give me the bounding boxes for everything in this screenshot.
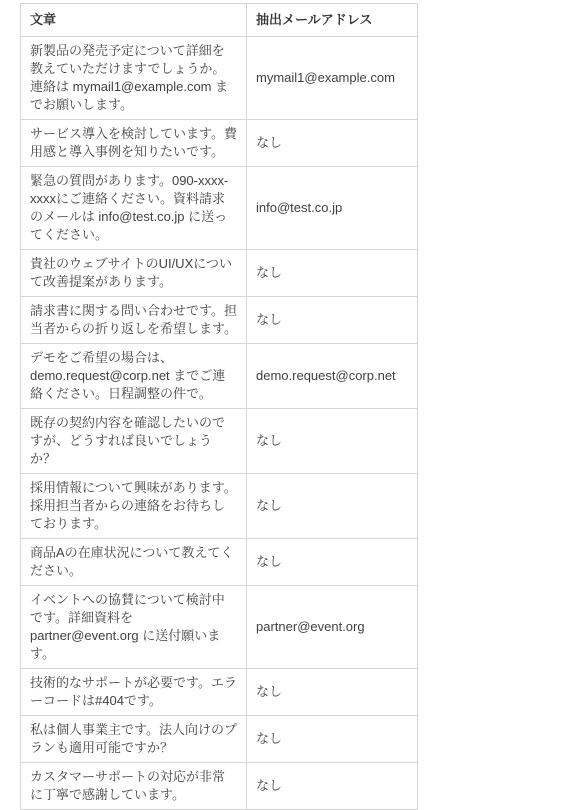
email-extraction-table: 文章 抽出メールアドレス 新製品の発売予定について詳細を教えていただけますでしょ… [20, 3, 418, 613]
email-cell: なし [247, 409, 418, 474]
email-cell: info@test.co.jp [247, 167, 418, 250]
table-row: 請求書に関する問い合わせです。担当者からの折り返しを希望します。なし [21, 297, 418, 344]
email-cell: なし [247, 474, 418, 539]
text-cell: 新製品の発売予定について詳細を教えていただけますでしょうか。連絡は mymail… [21, 37, 247, 120]
column-header-text: 文章 [21, 4, 247, 37]
document-area: 文章 抽出メールアドレス 新製品の発売予定について詳細を教えていただけますでしょ… [20, 3, 418, 613]
email-cell: なし [247, 297, 418, 344]
text-cell: 緊急の質問があります。090-xxxx-xxxxにご連絡ください。資料請求のメー… [21, 167, 247, 250]
table-body: 新製品の発売予定について詳細を教えていただけますでしょうか。連絡は mymail… [21, 37, 418, 614]
text-cell: 貴社のウェブサイトのUI/UXについて改善提案があります。 [21, 250, 247, 297]
header-row: 文章 抽出メールアドレス [21, 4, 418, 37]
table-row: 既存の契約内容を確認したいのですが、どうすれば良いでしょうか？なし [21, 409, 418, 474]
table-row: イベントへの協賛について検討中です。詳細資料を partner@event.or… [21, 586, 418, 614]
table-header: 文章 抽出メールアドレス [21, 4, 418, 37]
table-row: デモをご希望の場合は、demo.request@corp.net までご連絡くだ… [21, 344, 418, 409]
text-cell: イベントへの協賛について検討中です。詳細資料を partner@event.or… [21, 586, 247, 614]
table-row: 貴社のウェブサイトのUI/UXについて改善提案があります。なし [21, 250, 418, 297]
table-row: 新製品の発売予定について詳細を教えていただけますでしょうか。連絡は mymail… [21, 37, 418, 120]
table-row: サービス導入を検討しています。費用感と導入事例を知りたいです。なし [21, 120, 418, 167]
table-row: 商品Aの在庫状況について教えてください。なし [21, 539, 418, 586]
text-cell: 既存の契約内容を確認したいのですが、どうすれば良いでしょうか？ [21, 409, 247, 474]
text-cell: サービス導入を検討しています。費用感と導入事例を知りたいです。 [21, 120, 247, 167]
email-cell: demo.request@corp.net [247, 344, 418, 409]
text-cell: デモをご希望の場合は、demo.request@corp.net までご連絡くだ… [21, 344, 247, 409]
table-row: 緊急の質問があります。090-xxxx-xxxxにご連絡ください。資料請求のメー… [21, 167, 418, 250]
email-cell: partner@event.org [247, 586, 418, 614]
email-cell: なし [247, 250, 418, 297]
text-cell: 採用情報について興味があります。採用担当者からの連絡をお待ちしております。 [21, 474, 247, 539]
text-cell: 請求書に関する問い合わせです。担当者からの折り返しを希望します。 [21, 297, 247, 344]
column-header-email: 抽出メールアドレス [247, 4, 418, 37]
text-cell: 商品Aの在庫状況について教えてください。 [21, 539, 247, 586]
email-cell: なし [247, 120, 418, 167]
email-cell: mymail1@example.com [247, 37, 418, 120]
table-row: 採用情報について興味があります。採用担当者からの連絡をお待ちしております。なし [21, 474, 418, 539]
email-cell: なし [247, 539, 418, 586]
